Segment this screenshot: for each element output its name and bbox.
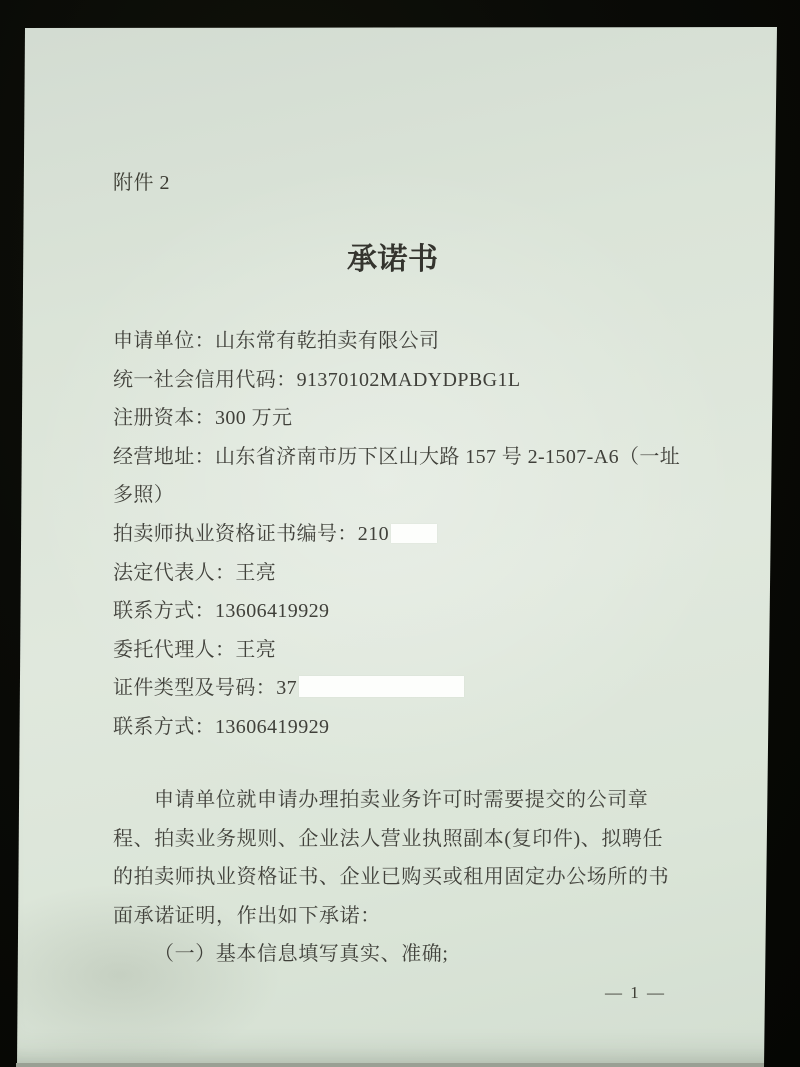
document-title: 承诺书 — [347, 234, 439, 278]
page-number: — 1 — — [605, 983, 666, 1003]
field-legal-representative: 法定代表人：王亮 — [113, 554, 713, 593]
field-entrusted-agent: 委托代理人：王亮 — [113, 631, 713, 670]
field-text: 联系方式：13606419929 — [113, 716, 329, 738]
field-credit-code: 统一社会信用代码：91370102MADYDPBG1L — [113, 361, 713, 400]
paragraph-line: 面承诺证明，作出如下承诺： — [113, 897, 698, 936]
field-applicant: 申请单位：山东常有乾拍卖有限公司 — [113, 322, 713, 361]
paragraph-commitment-item-1: （一）基本信息填写真实、准确; — [113, 935, 698, 974]
field-id-type-number: 证件类型及号码：37 — [113, 669, 713, 708]
attachment-label: 附件 2 — [113, 166, 170, 195]
field-registered-capital: 注册资本：300 万元 — [113, 399, 713, 438]
commitment-paragraph: 申请单位就申请办理拍卖业务许可时需要提交的公司章 程、拍卖业务规则、企业法人营业… — [113, 781, 698, 974]
paragraph-line: 程、拍卖业务规则、企业法人营业执照副本(复印件)、拟聘任 — [113, 820, 698, 859]
field-text: 多照） — [113, 484, 174, 506]
field-text: 统一社会信用代码：91370102MADYDPBG1L — [113, 369, 520, 391]
field-contact-phone-1: 联系方式：13606419929 — [113, 592, 713, 631]
paper-bottom-edge — [16, 1063, 764, 1067]
field-business-address-line2: 多照） — [113, 476, 713, 515]
field-text: 委托代理人：王亮 — [113, 639, 276, 661]
field-text: 拍卖师执业资格证书编号：210 — [113, 523, 389, 545]
field-text: 注册资本：300 万元 — [113, 407, 292, 429]
document-paper: 附件 2 承诺书 申请单位：山东常有乾拍卖有限公司 统一社会信用代码：91370… — [0, 0, 800, 1067]
field-text: 申请单位：山东常有乾拍卖有限公司 — [113, 330, 439, 352]
field-contact-phone-2: 联系方式：13606419929 — [113, 708, 713, 747]
field-text: 证件类型及号码：37 — [113, 677, 297, 699]
field-text: 经营地址：山东省济南市历下区山大路 157 号 2-1507-A6（一址 — [113, 446, 680, 468]
field-auctioneer-certificate-number: 拍卖师执业资格证书编号：210 — [113, 515, 713, 554]
field-text: 联系方式：13606419929 — [113, 600, 329, 622]
paragraph-line: 的拍卖师执业资格证书、企业已购买或租用固定办公场所的书 — [113, 858, 698, 897]
redaction-box-certificate-number — [391, 524, 437, 543]
field-business-address-line1: 经营地址：山东省济南市历下区山大路 157 号 2-1507-A6（一址 — [113, 438, 713, 477]
paragraph-line: 申请单位就申请办理拍卖业务许可时需要提交的公司章 — [113, 781, 698, 820]
redaction-box-id-number — [299, 676, 464, 697]
field-text: 法定代表人：王亮 — [113, 562, 276, 584]
fields-block: 申请单位：山东常有乾拍卖有限公司 统一社会信用代码：91370102MADYDP… — [113, 322, 713, 747]
